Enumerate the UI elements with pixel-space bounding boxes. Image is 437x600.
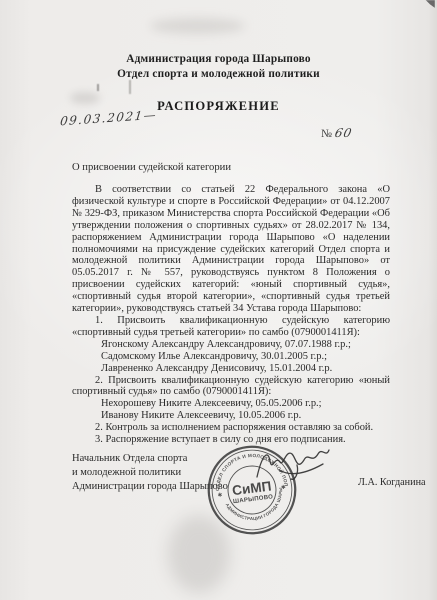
awardee-name: Нехорошеву Никите Алексеевичу, 05.05.200… [72,398,390,410]
awardee-name: Лаврененко Александру Денисовичу, 15.01.… [72,363,390,375]
document-number: №60 [321,126,352,140]
awardee-name: Иванову Никите Алексеевичу, 10.05.2006 г… [72,410,390,422]
scan-speck [97,84,99,91]
order-item-2: 2. Присвоить квалификационную судейскую … [72,375,390,399]
preamble-paragraph: В соответствии со статьей 22 Федеральног… [72,184,390,315]
awardee-name: Ягонскому Александру Александровичу, 07.… [72,339,390,351]
scan-artifact-corner [424,0,435,8]
handwritten-signature [251,441,333,489]
org-name-line2: Отдел спорта и молодежной политики [0,67,437,82]
order-item-control: 2. Контроль за исполнением распоряжения … [72,422,390,434]
scan-smudge-top [150,18,245,34]
number-sign: № [321,128,332,140]
subject-line: О присвоении судейской категории [72,162,231,173]
document-type-title: РАСПОРЯЖЕНИЕ [0,99,437,114]
scan-speck [129,80,131,94]
signer-name: Л.А. Когданина [358,477,426,488]
document-body: В соответствии со статьей 22 Федеральног… [72,184,390,446]
org-name-line1: Администрация города Шарыпово [0,52,437,67]
order-item-1: 1. Присвоить квалификационную судейскую … [72,315,390,339]
organization-header: Администрация города Шарыпово Отдел спор… [0,52,437,82]
handwritten-number-value: 60 [333,126,353,140]
awardee-name: Садомскому Илье Александровичу, 30.01.20… [72,351,390,363]
stamp-star-left: ✱ [217,491,223,499]
scanned-document-page: Администрация города Шарыпово Отдел спор… [0,0,437,600]
